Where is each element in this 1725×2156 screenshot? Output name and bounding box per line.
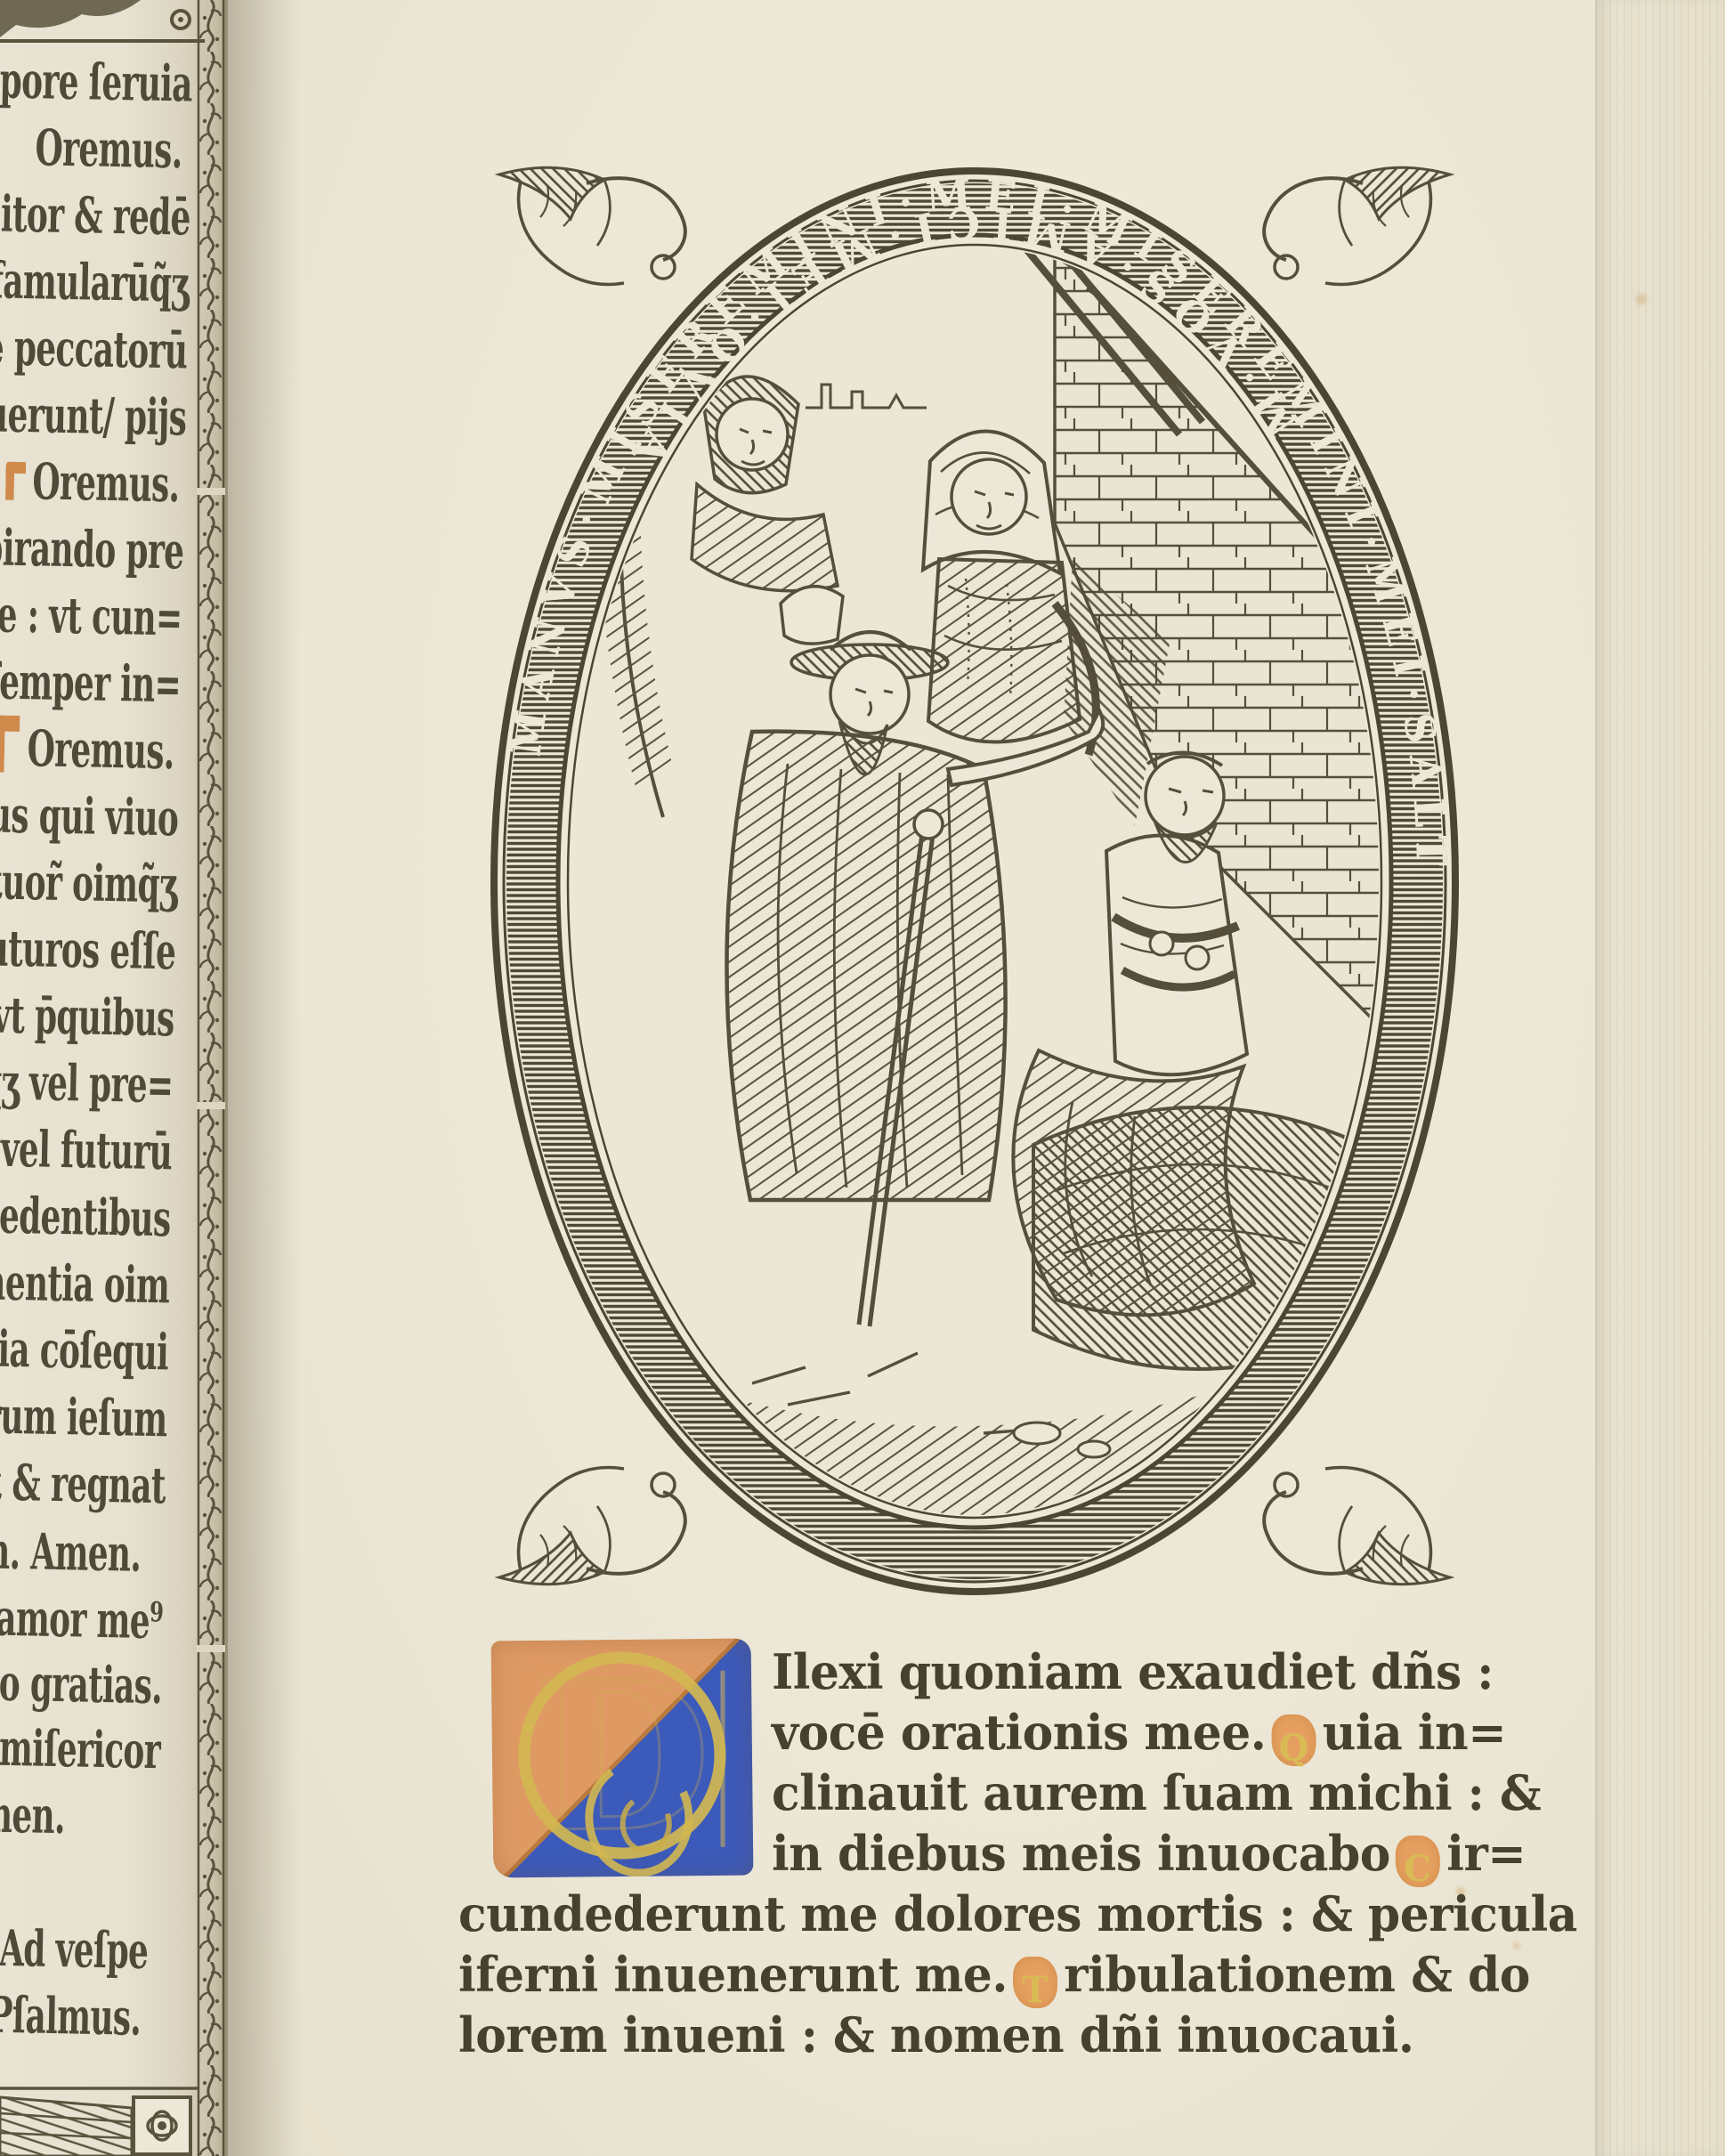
facing-line: per miſericor <box>0 1717 161 1780</box>
facing-line: pirando pre <box>0 518 184 580</box>
psalm-line-text: iferni inuenerunt me. <box>458 1946 1008 2003</box>
facing-line: men. <box>0 1785 65 1845</box>
facing-line: m. Ad veſpe <box>0 1918 149 1981</box>
psalm-line-text: in diebus meis inuocabo <box>772 1825 1390 1882</box>
facing-line: Oremus. <box>35 118 182 180</box>
gutter-shadow <box>224 0 301 2156</box>
psalm-line-text: ribulationem & do <box>1064 1946 1530 2003</box>
psalm-line: lorem inueni : & nomen dñi inuocaui. <box>458 2006 1413 2063</box>
facing-line: uoſq̃ʒ vel pre= <box>0 1051 174 1114</box>
psalm-line-text: vocē orationis mee. <box>772 1704 1266 1761</box>
facing-line: Pſalmus. <box>0 1986 142 2047</box>
facing-line: s vt p̄quibus <box>0 985 175 1049</box>
psalm-line: in diebus meis inuocaboCir= <box>772 1825 1526 1887</box>
facing-line: Oremus. <box>5 452 180 515</box>
facing-line: uerunt/ pijs <box>0 385 187 447</box>
psalm-line-text: ir= <box>1446 1825 1526 1882</box>
paraph-mark-icon <box>5 462 26 500</box>
facing-line: pore ſeruia <box>0 51 193 113</box>
facing-line: e peccatorū <box>0 318 188 380</box>
facing-line-text: Oremus. <box>27 719 174 781</box>
paraph-mark-icon <box>0 715 20 773</box>
facing-line: itor & redē <box>0 185 190 247</box>
page-fore-edge <box>1595 0 1725 2156</box>
facing-line: et/ vel futurū <box>0 1119 173 1182</box>
printed-foliate-border <box>197 0 225 2156</box>
facing-line: . Deo gratias. <box>0 1652 162 1715</box>
scanned-book-page: pore ſeruia Oremus. itor & redē famularū… <box>0 0 1725 2156</box>
facing-line: tuor̃ oimq̃ʒ <box>0 852 178 914</box>
facing-line: tercedentibus <box>0 1185 171 1248</box>
facing-line: udia cōſequi <box>0 1319 168 1382</box>
psalm-line: cundederunt me dolores mortis : & pericu… <box>458 1885 1577 1942</box>
facing-line: t clamor me⁹ <box>0 1588 164 1651</box>
psalm-line-text: uia in= <box>1323 1704 1506 1761</box>
facing-line: ere : vt cun= <box>0 585 182 648</box>
psalm-line: vocē orationis mee.Quia in= <box>772 1704 1506 1766</box>
facing-line: ementia oim <box>0 1252 170 1316</box>
illuminated-initial-D: D <box>491 1638 754 1877</box>
drop-cap-letter: D <box>532 1638 712 1877</box>
foxing-stain <box>1636 294 1647 304</box>
facing-line: m. Amen. <box>0 1521 142 1584</box>
oval-woodcut-job-scene: MANVS·MISEREMINI·MEI·MISEREMINI·MEI·SALT… <box>485 141 1464 1611</box>
facing-line: oſtrum ieſum <box>0 1385 167 1448</box>
facing-page-woodcut-fragment-bottom <box>0 2083 201 2156</box>
fore-edge-streaks <box>1595 0 1725 2156</box>
facing-line: iuit & regnat <box>0 1453 166 1516</box>
facing-line: eus qui viuo <box>0 785 179 848</box>
painted-initial-Q: Q <box>1271 1714 1316 1766</box>
painted-initial-T: T <box>1013 1957 1057 2008</box>
facing-line: famularūq̃ʒ <box>0 251 190 313</box>
facing-line: e futuros eſſe <box>0 918 176 981</box>
psalm-line: Ilexi quoniam exaudiet dñs : <box>772 1643 1494 1700</box>
facing-page-woodcut-fragment-top <box>0 0 207 46</box>
painted-initial-C: C <box>1396 1836 1440 1887</box>
psalm-line: iferni inuenerunt me.Tribulationem & do <box>458 1946 1530 2008</box>
facing-line: Oremus. <box>0 715 175 781</box>
psalm-line: clinauit aurem ſuam michi : & <box>772 1764 1541 1821</box>
facing-line-text: Oremus. <box>32 452 180 514</box>
facing-line: e ſemper in= <box>0 652 182 715</box>
